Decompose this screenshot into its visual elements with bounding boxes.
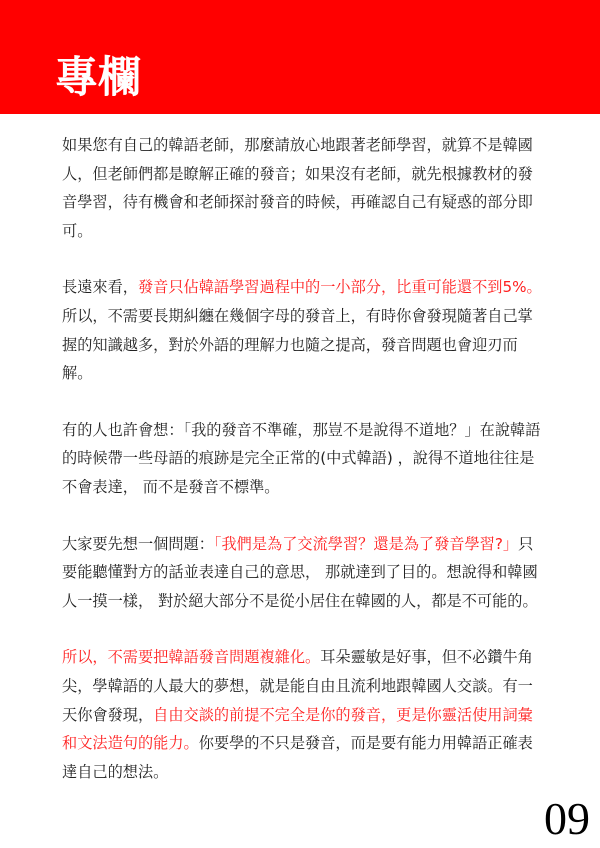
- highlighted-text: 所以，不需要把韓語發音問題複雜化。: [62, 648, 320, 666]
- paragraph-2: 長遠來看，發音只佔韓語學習過程中的一小部分，比重可能還不到5%。所以，不需要長期…: [62, 273, 542, 387]
- text-segment: 大家要先想一個問題：: [62, 535, 214, 553]
- paragraph-4: 大家要先想一個問題：「我們是為了交流學習？還是為了發音學習?」只要能聽懂對方的話…: [62, 530, 542, 616]
- paragraph-1: 如果您有自己的韓語老師，那麼請放心地跟著老師學習，就算不是韓國人，但老師們都是瞭…: [62, 131, 542, 245]
- highlighted-text: 發音只佔韓語學習過程中的一小部分，比重可能還不到5%。: [138, 278, 542, 296]
- text-segment: 有的人也許會想：「我的發音不準確，那豈不是說得不道地？」在說韓語的時候帶一些母語…: [62, 421, 540, 496]
- paragraph-3: 有的人也許會想：「我的發音不準確，那豈不是說得不道地？」在說韓語的時候帶一些母語…: [62, 416, 542, 502]
- article-body: 如果您有自己的韓語老師，那麼請放心地跟著老師學習，就算不是韓國人，但老師們都是瞭…: [62, 131, 542, 814]
- header-band: 專欄: [0, 0, 600, 114]
- paragraph-5: 所以，不需要把韓語發音問題複雜化。耳朵靈敏是好事，但不必鑽牛角尖，學韓語的人最大…: [62, 643, 542, 786]
- section-title: 專欄: [55, 52, 141, 104]
- text-segment: 長遠來看，: [62, 278, 138, 296]
- text-segment: 所以，不需要長期糾纏在幾個字母的發音上，有時你會發現隨著自己掌握的知識越多，對於…: [62, 307, 533, 382]
- highlighted-text: 「我們是為了交流學習？還是為了發音學習?」: [214, 535, 518, 553]
- page-number: 09: [544, 796, 590, 842]
- text-segment: 如果您有自己的韓語老師，那麼請放心地跟著老師學習，就算不是韓國人，但老師們都是瞭…: [62, 136, 533, 240]
